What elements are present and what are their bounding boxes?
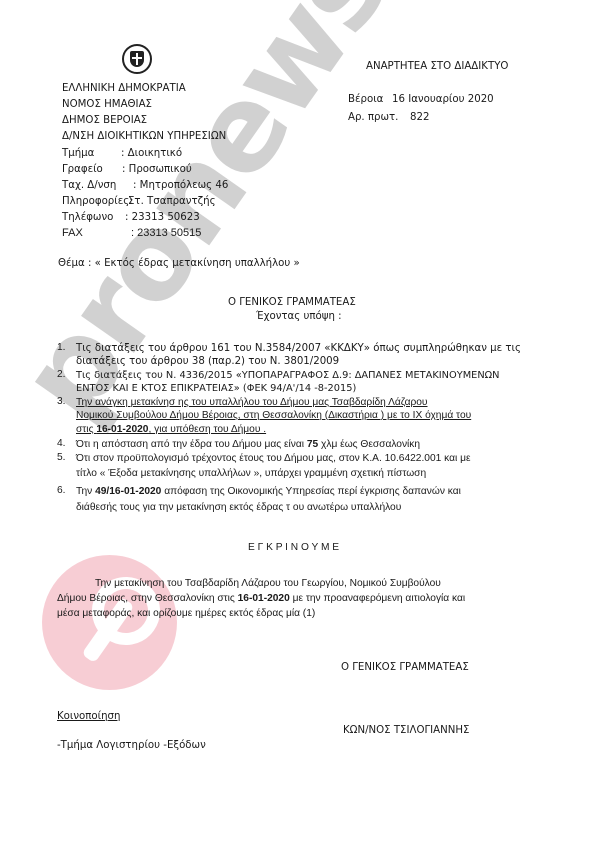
item-6-line-1: Την 49/16-01-2020 απόφαση της Οικονομική… [76, 485, 461, 498]
protocol-label: Αρ. πρωτ. [348, 111, 398, 124]
item-5-line-1: Ότι στον προϋπολογισμό τρέχοντος έτους τ… [76, 452, 470, 465]
item-3-line-1: Την ανάγκη μετακίνησ ης του υπαλλήλου το… [76, 396, 428, 409]
field-label-info: Πληροφορίες: [62, 195, 133, 208]
signature-name: ΚΩΝ/ΝΟΣ ΤΣΙΛΟΓΙΑΝΝΗΣ [343, 724, 469, 737]
item-6-line-2: διάθεσής τους για την μετακίνηση εκτός έ… [76, 501, 401, 514]
item-number: 2. [57, 369, 66, 380]
item-number: 1. [57, 342, 66, 353]
distribution-recipients: -Τμήμα Λογιστηρίου -Εξόδων [57, 739, 206, 752]
distribution-heading: Κοινοποίηση [57, 710, 120, 723]
item-1-line-1: Τις διατάξεις του άρθρου 161 του Ν.3584/… [76, 342, 521, 355]
field-label-office: Γραφείο [62, 163, 103, 176]
approve-heading: Ε Γ Κ Ρ Ι Ν Ο Υ Μ Ε [248, 541, 339, 554]
header-line-prefecture: ΝΟΜΟΣ ΗΜΑΘΙΑΣ [62, 98, 152, 111]
coat-of-arms-icon [122, 44, 152, 74]
field-value-phone: : 23313 50623 [125, 211, 200, 224]
item-2-line-1: Τις διατάξεις του Ν. 4336/2015 «ΥΠΟΠΑΡΑΓ… [76, 369, 499, 382]
item-4-line: Ότι η απόσταση από την έδρα του Δήμου μα… [76, 438, 420, 451]
field-value-office: : Προσωπικού [122, 163, 192, 176]
approval-line-3: μέσα μεταφοράς, και ορίζουμε ημέρες εκτό… [57, 607, 315, 620]
item-1-line-2: διατάξεις του άρθρου 38 (παρ.2) του Ν. 3… [76, 355, 339, 368]
subject-line: Θέμα : « Εκτός έδρας μετακίνηση υπαλλήλο… [58, 257, 300, 270]
item-5-line-2: τίτλο « Έξοδα μετακίνησης υπαλλήλων », υ… [76, 467, 426, 480]
protocol-value: 822 [410, 111, 429, 124]
date-label: Βέροια [348, 93, 383, 106]
header-line-directorate: Δ/ΝΣΗ ΔΙΟΙΚΗΤΙΚΩΝ ΥΠΗΡΕΣΙΩΝ [62, 130, 226, 143]
field-value-address: : Μητροπόλεως 46 [133, 179, 228, 192]
approval-line-1: Την μετακίνηση του Τσαβδαρίδη Λάζαρου το… [95, 577, 441, 590]
signature-title: Ο ΓΕΝΙΚΟΣ ΓΡΑΜΜΑΤΕΑΣ [341, 661, 469, 674]
item-number: 3. [57, 396, 66, 407]
field-value-department: : Διοικητικό [121, 147, 182, 160]
field-value-info: Στ. Τσαπραντζής [128, 195, 216, 208]
item-3-line-3: στις 16-01-2020, για υπόθεση του Δήμου . [76, 423, 266, 436]
item-number: 5. [57, 452, 66, 463]
approval-line-2: Δήμου Βέροιας, στην Θεσσαλονίκη στις 16-… [57, 592, 465, 605]
document-page: pronews.gr ΕΛΛΗΝΙΚΗ ΔΗΜΟΚΡΑΤΙΑ ΝΟΜΟΣ ΗΜΑ… [0, 0, 595, 842]
field-label-address: Ταχ. Δ/νση [62, 179, 116, 192]
header-line-republic: ΕΛΛΗΝΙΚΗ ΔΗΜΟΚΡΑΤΙΑ [62, 82, 186, 95]
publish-notice: ΑΝΑΡΤΗΤΕΑ ΣΤΟ ΔΙΑΔΙΚΤΥΟ [366, 60, 508, 73]
item-number: 6. [57, 485, 66, 496]
authority-title: Ο ΓΕΝΙΚΟΣ ΓΡΑΜΜΑΤΕΑΣ [228, 296, 356, 309]
field-label-phone: Τηλέφωνο [62, 211, 113, 224]
considering-heading: Έχοντας υπόψη : [256, 310, 342, 323]
field-label-fax: FAX [62, 227, 83, 240]
date-value: 16 Ιανουαρίου 2020 [392, 93, 494, 106]
field-label-department: Τμήμα [62, 147, 94, 160]
item-3-line-2: Νομικού Συμβούλου Δήμου Βέροιας, στη Θεσ… [76, 409, 471, 422]
header-line-municipality: ΔΗΜΟΣ ΒΕΡΟΙΑΣ [62, 114, 147, 127]
item-number: 4. [57, 438, 66, 449]
field-value-fax: : 23313 50515 [131, 227, 201, 240]
item-2-line-2: ΕΝΤΟΣ ΚΑΙ Ε ΚΤΟΣ ΕΠΙΚΡΑΤΕΙΑΣ» (ΦΕΚ 94/Α'… [76, 382, 356, 395]
